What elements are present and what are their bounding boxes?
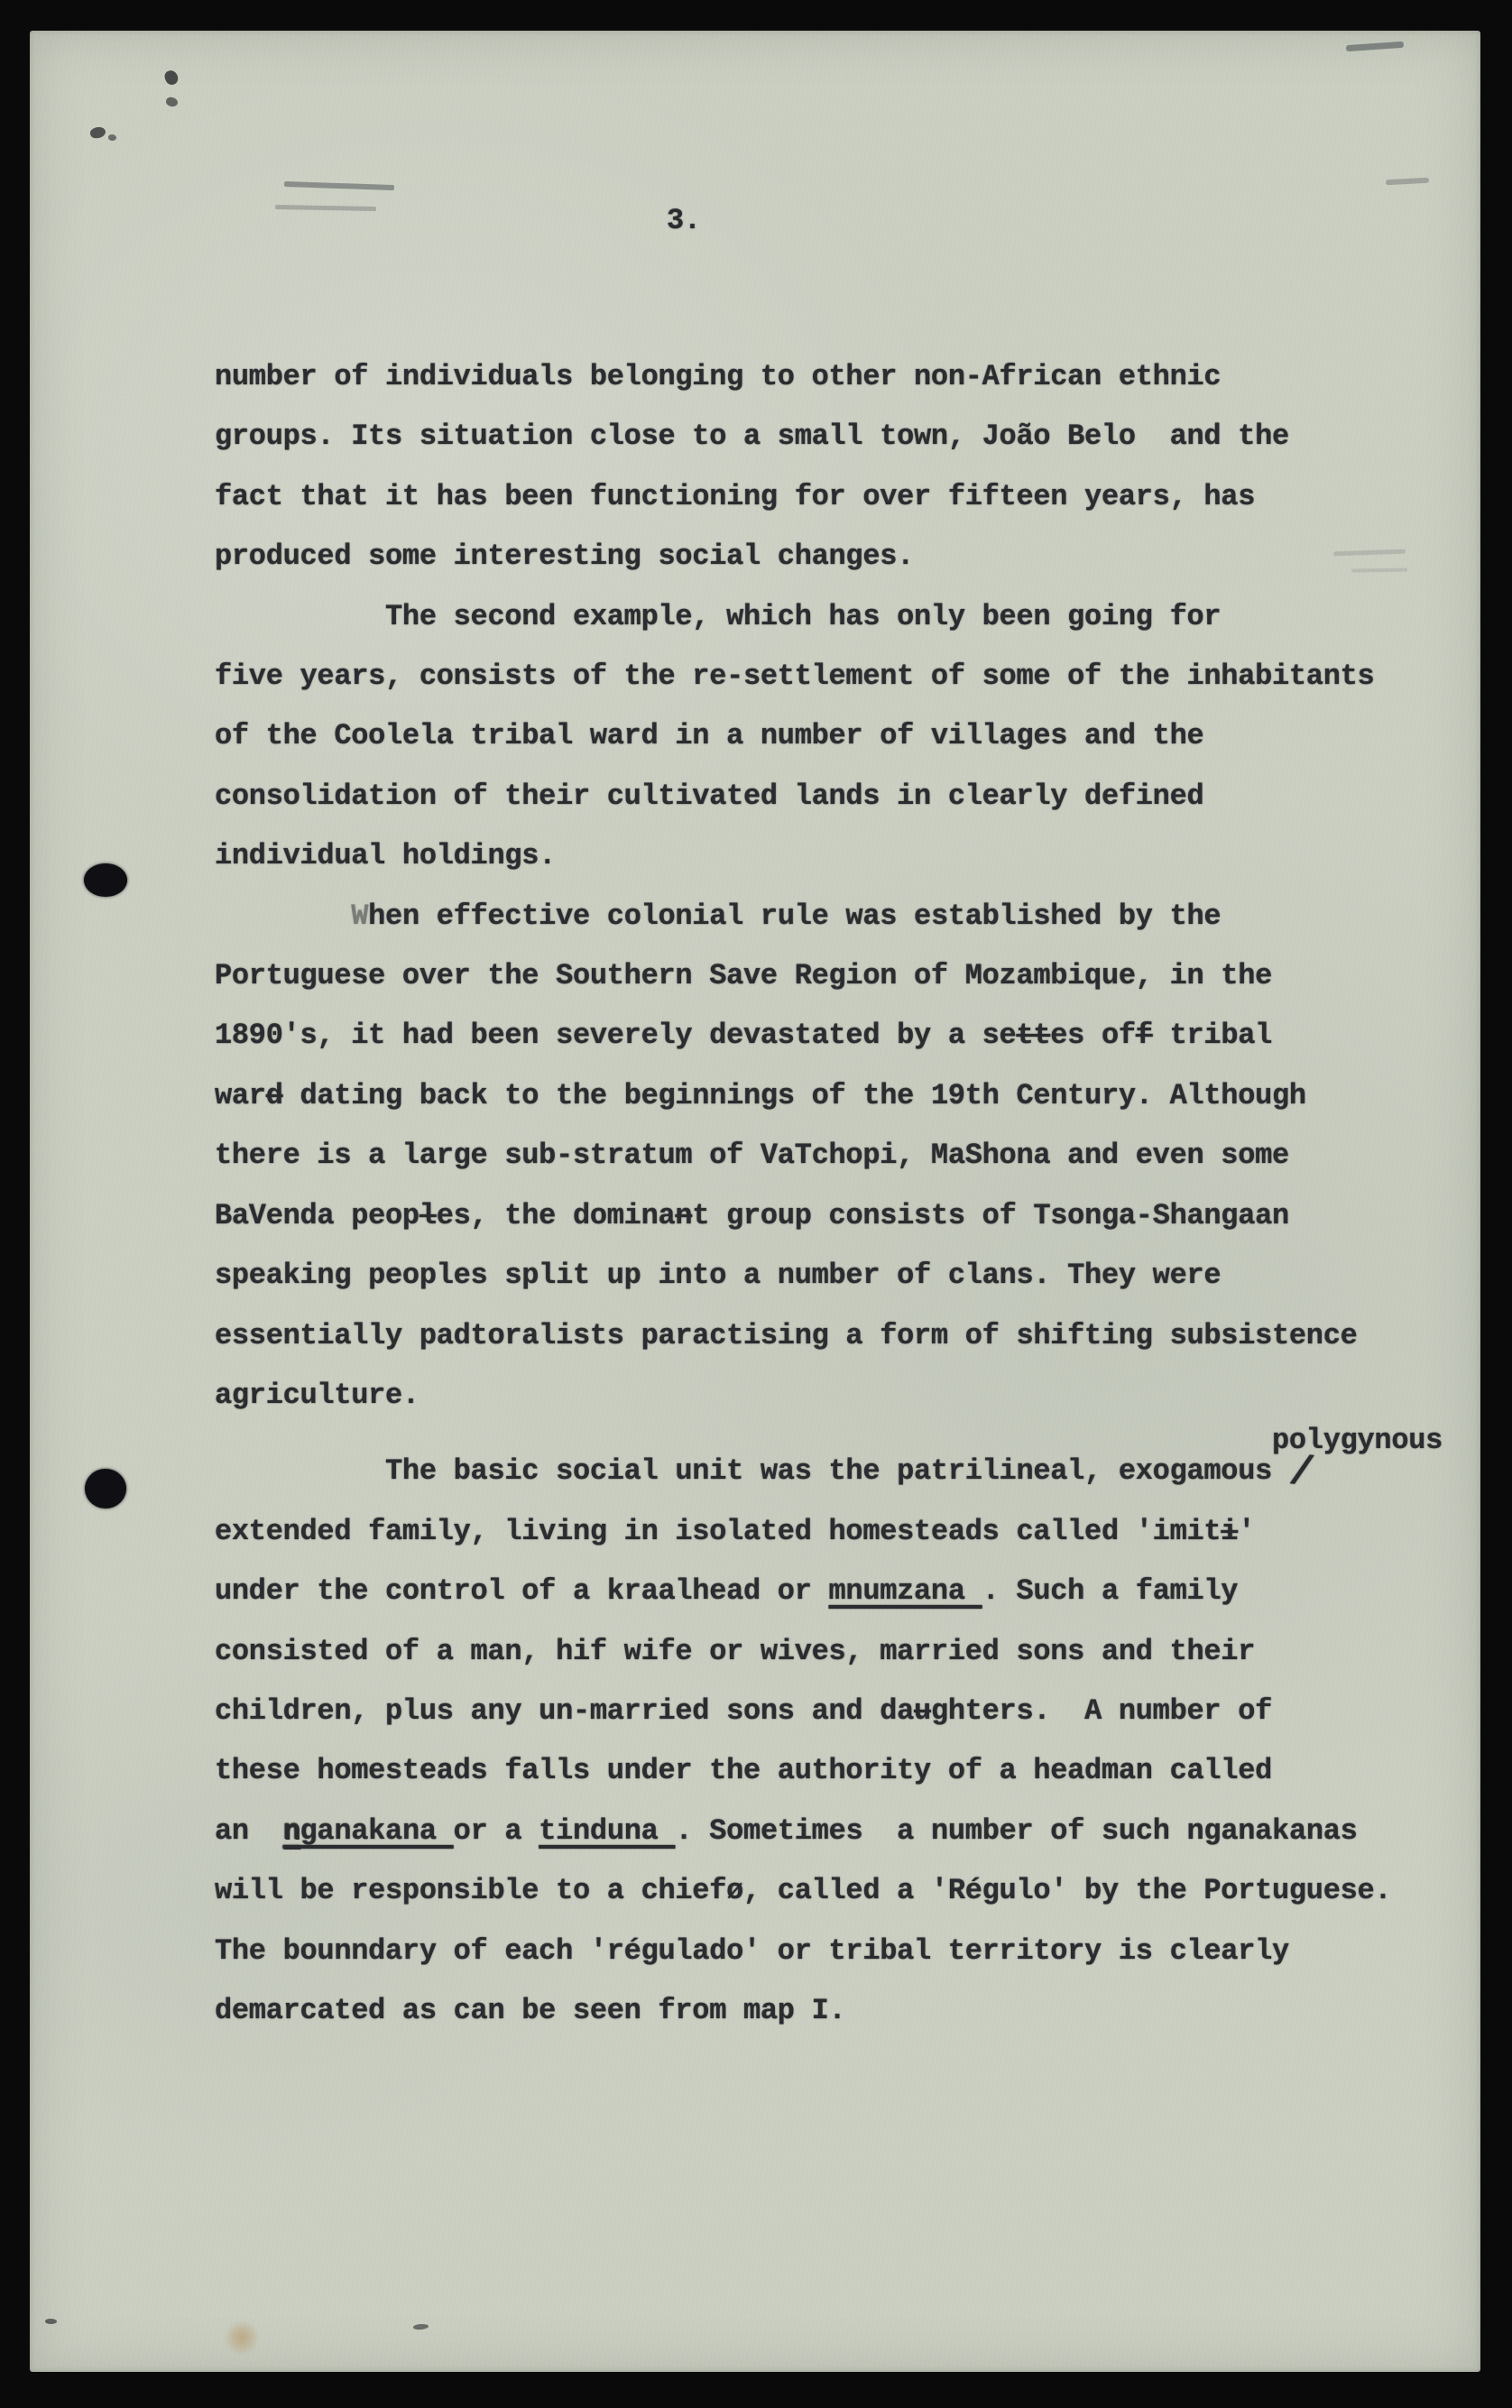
smudge-dash (1346, 42, 1404, 51)
typed-text: or a (454, 1814, 539, 1848)
typed-text: five years, consists of the re-settlemen… (215, 660, 1374, 693)
insertion-slash-mark: / (1289, 1472, 1314, 1475)
typed-line: BaVenda peoples, the dominant group cons… (215, 1186, 1391, 1246)
text-block: number of individuals belonging to other… (215, 347, 1391, 2041)
typed-line: these homesteads falls under the authori… (215, 1741, 1391, 1801)
typed-line: number of individuals belonging to other… (215, 347, 1391, 407)
typed-text: essentially padtoralists paractising a f… (215, 1319, 1358, 1352)
punch-hole (84, 863, 127, 897)
typed-text: es, the domina (437, 1199, 676, 1232)
typed-text: under the control of a kraalhead or (215, 1574, 829, 1608)
typed-text: The second example, which has only been … (215, 600, 1221, 633)
typed-line: 1890's, it had been severely devastated … (215, 1006, 1391, 1066)
typed-text: hen effective colonial rule was establis… (368, 900, 1221, 933)
typed-text: demarcated as can be seen from map I. (215, 1994, 845, 2027)
typed-text: u (914, 1694, 931, 1728)
typed-text: war (215, 1079, 266, 1112)
typed-line: groups. Its situation close to a small t… (215, 407, 1391, 466)
typed-line: essentially padtoralists paractising a f… (215, 1306, 1391, 1366)
typed-line: extended family, living in isolated home… (215, 1502, 1391, 1562)
typed-text: BaVenda peop (215, 1199, 419, 1232)
typed-line: ward dating back to the beginnings of th… (215, 1066, 1391, 1126)
smudge-dash (1351, 567, 1407, 572)
typed-text: l (419, 1199, 437, 1232)
stain (224, 2320, 260, 2355)
smudge-dash (1386, 178, 1429, 186)
typed-text: W (351, 900, 368, 933)
ink-speck (45, 2319, 57, 2324)
underlined-term: tinduna (539, 1814, 675, 1848)
underlined-term: n (283, 1814, 300, 1848)
typed-line: When effective colonial rule was establi… (215, 887, 1391, 946)
typed-text: tt (1016, 1019, 1050, 1052)
typed-line: consolidation of their cultivated lands … (215, 767, 1391, 826)
typed-text: tribal (1153, 1019, 1272, 1052)
typed-text: fact that it has been functioning for ov… (215, 480, 1255, 513)
punch-hole (85, 1469, 126, 1508)
typed-line: agriculture. (215, 1366, 1391, 1425)
typed-line: will be responsible to a chiefø, called … (215, 1861, 1391, 1921)
typed-text: ghters. A number of (931, 1694, 1272, 1728)
photo-frame: { "colors":{ "paper":"#cbcfc2", "ink":"#… (0, 0, 1512, 2408)
typed-text: The bounndary of each 'régulado' or trib… (215, 1934, 1289, 1968)
ink-speck (163, 69, 180, 87)
typed-line: there is a large sub-stratum of VaTchopi… (215, 1126, 1391, 1186)
typed-line: individual holdings. (215, 826, 1391, 886)
typed-text: consolidation of their cultivated lands … (215, 780, 1203, 813)
typed-text: these homesteads falls under the authori… (215, 1754, 1272, 1787)
typed-line: consisted of a man, hif wife or wives, m… (215, 1622, 1391, 1682)
typed-text: . Sometimes a number of such nganakanas (675, 1814, 1357, 1848)
typed-text: produced some interesting social changes… (215, 540, 914, 573)
typed-text: an (215, 1814, 283, 1848)
typed-line: children, plus any un-married sons and d… (215, 1682, 1391, 1741)
ink-speck (89, 125, 107, 140)
typed-line: The bounndary of each 'régulado' or trib… (215, 1922, 1391, 1981)
pencil-scribble (275, 205, 376, 211)
typed-text: ' (1238, 1515, 1255, 1548)
typed-text: groups. Its situation close to a small t… (215, 420, 1289, 453)
typed-line: The second example, which has only been … (215, 587, 1391, 647)
typed-line: under the control of a kraalhead or mnum… (215, 1562, 1391, 1621)
typed-text (215, 900, 351, 933)
typed-line: The basic social unit was the patrilinea… (215, 1442, 1391, 1501)
typed-text: children, plus any un-married sons and d… (215, 1694, 914, 1728)
typed-text: Portuguese over the Southern Save Region… (215, 959, 1272, 992)
typed-text: n (675, 1199, 692, 1232)
typed-text: speaking peoples split up into a number … (215, 1259, 1221, 1292)
typed-text: there is a large sub-stratum of VaTchopi… (215, 1139, 1289, 1172)
typed-line: demarcated as can be seen from map I. (215, 1981, 1391, 2041)
ink-speck (108, 134, 116, 141)
typed-line: five years, consists of the re-settlemen… (215, 647, 1391, 706)
typed-line: speaking peoples split up into a number … (215, 1246, 1391, 1305)
typed-text: will be responsible to a chiefø, called … (215, 1874, 1391, 1907)
ink-speck (165, 97, 179, 107)
typed-text: consisted of a man, hif wife or wives, m… (215, 1635, 1255, 1668)
typed-line: fact that it has been functioning for ov… (215, 467, 1391, 527)
paper: 3. number of individuals belonging to ot… (30, 31, 1480, 2372)
typed-text: number of individuals belonging to other… (215, 360, 1221, 393)
typed-line: an nganakana or a tinduna . Sometimes a … (215, 1802, 1391, 1861)
typed-text: agriculture. (215, 1379, 419, 1412)
typed-line: Portuguese over the Southern Save Region… (215, 946, 1391, 1006)
typed-text: The basic social unit was the patrilinea… (215, 1454, 1289, 1488)
typed-text: of the Coolela tribal ward in a number o… (215, 719, 1203, 752)
insertion-word: polygynous (1272, 1423, 1443, 1459)
typed-text: dating back to the beginnings of the 19t… (283, 1079, 1306, 1112)
typed-text: f (1136, 1019, 1153, 1052)
pencil-scribble (284, 181, 394, 190)
typed-text: . Such a family (982, 1574, 1239, 1608)
typed-line: produced some interesting social changes… (215, 527, 1391, 586)
ink-speck (413, 2323, 429, 2330)
typed-line: of the Coolela tribal ward in a number o… (215, 706, 1391, 766)
underlined-term: ganakana (300, 1814, 454, 1848)
typed-text: i (1221, 1515, 1238, 1548)
typed-text: individual holdings. (215, 839, 556, 872)
page-number: 3. (667, 203, 701, 239)
typed-text: es of (1050, 1019, 1136, 1052)
underlined-term: mnumzana (829, 1574, 982, 1608)
typed-text: extended family, living in isolated home… (215, 1515, 1221, 1548)
typed-text: t group consists of Tsonga-Shangaan (692, 1199, 1289, 1232)
typed-text: d (266, 1079, 283, 1112)
typed-text: 1890's, it had been severely devastated … (215, 1019, 1016, 1052)
